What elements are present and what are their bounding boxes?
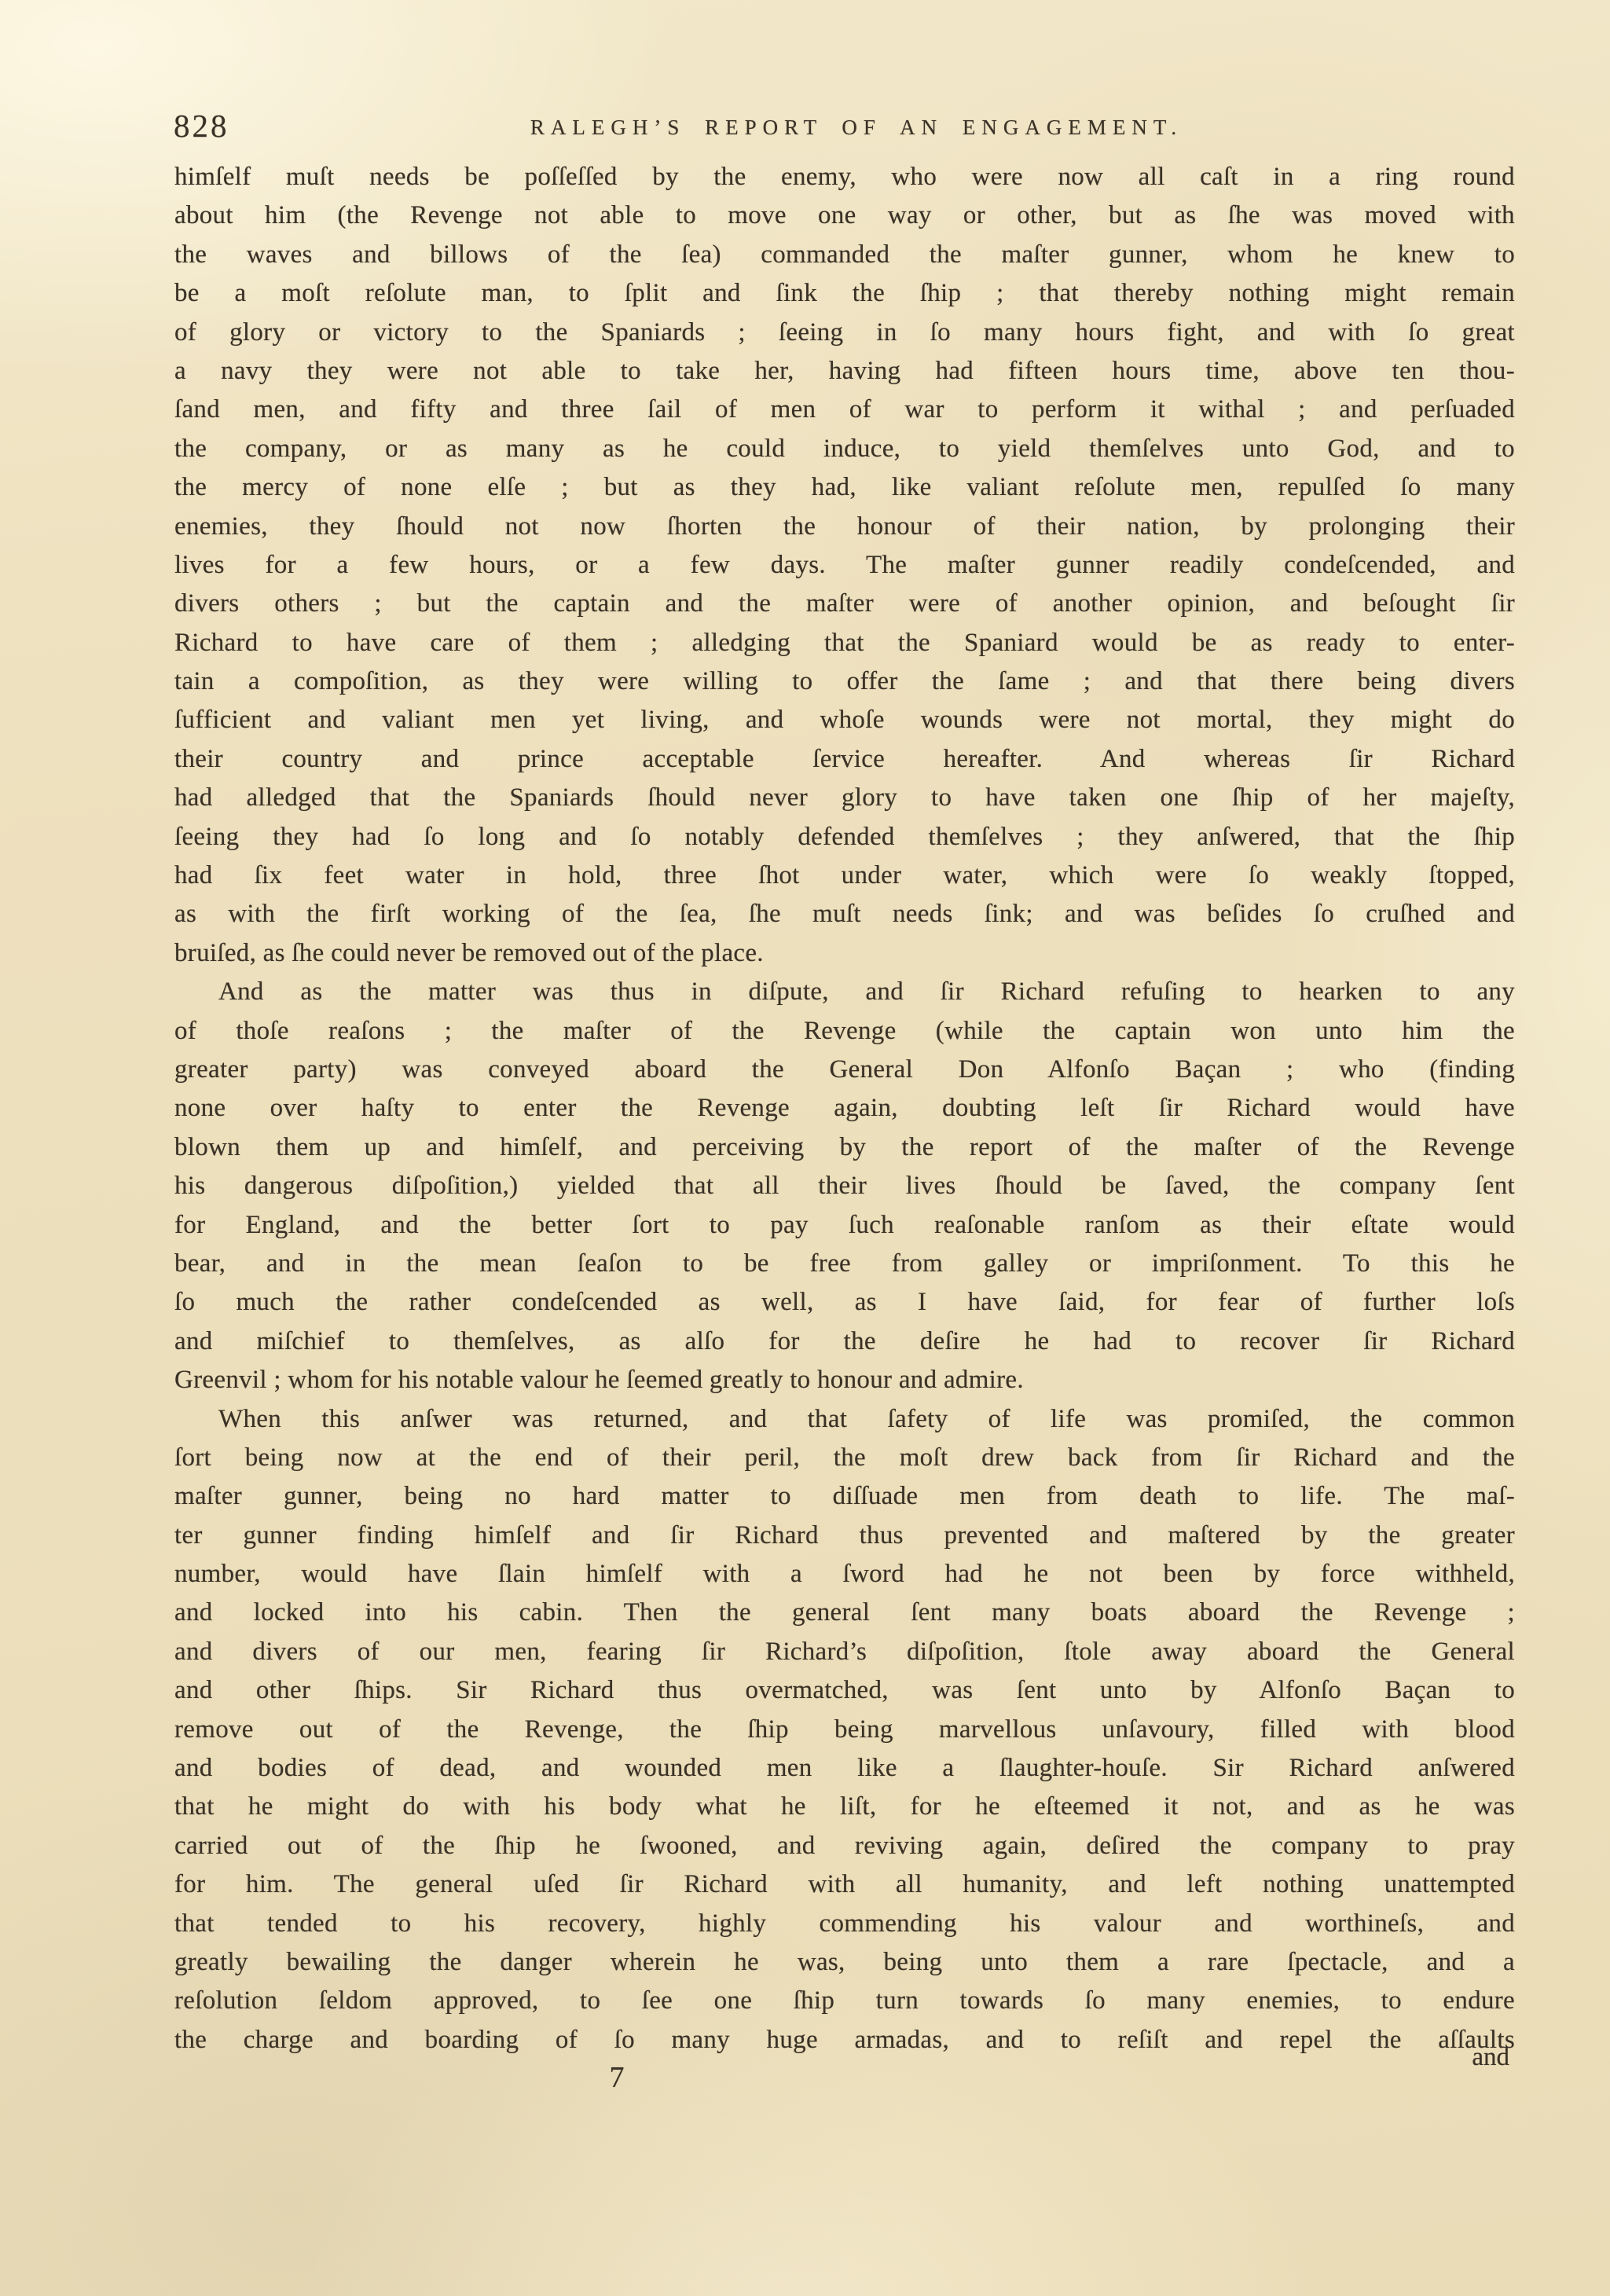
text-line: of thoſe reaſons ; the maſter of the Rev…	[174, 1012, 1515, 1051]
text-line: as with the firſt working of the ſea, ſh…	[174, 895, 1515, 933]
text-line: blown them up and himſelf, and perceivin…	[174, 1128, 1515, 1167]
text-line: the mercy of none elſe ; but as they had…	[174, 468, 1515, 507]
text-line: and locked into his cabin. Then the gene…	[174, 1594, 1515, 1632]
text-line: about him (the Revenge not able to move …	[174, 196, 1515, 235]
text-line: Richard to have care of them ; alledging…	[174, 624, 1515, 662]
text-line: ſo much the rather condeſcended as well,…	[174, 1283, 1515, 1322]
text-line: And as the matter was thus in diſpute, a…	[174, 973, 1515, 1011]
text-line: ſand men, and fifty and three ſail of me…	[174, 391, 1515, 429]
text-line: for him. The general uſed ſir Richard wi…	[174, 1865, 1515, 1904]
text-line: bear, and in the mean ſeaſon to be free …	[174, 1245, 1515, 1283]
text-line: the charge and boarding of ſo many huge …	[174, 2021, 1515, 2059]
page-number: 828	[174, 107, 229, 145]
text-line: himſelf muſt needs be poſſeſſed by the e…	[174, 158, 1515, 196]
text-line: his dangerous diſpoſition,) yielded that…	[174, 1167, 1515, 1205]
text-line: lives for a few hours, or a few days. Th…	[174, 546, 1515, 585]
text-line: greater party) was conveyed aboard the G…	[174, 1051, 1515, 1089]
text-line: bruiſed, as ſhe could never be removed o…	[174, 934, 1515, 973]
text-line: number, would have ſlain himſelf with a …	[174, 1555, 1515, 1594]
book-page: 828 RALEGH’S REPORT OF AN ENGAGEMENT. hi…	[0, 0, 1610, 2296]
signature-mark: 7	[581, 2060, 652, 2095]
running-header: RALEGH’S REPORT OF AN ENGAGEMENT.	[330, 116, 1383, 140]
text-line: ter gunner finding himſelf and ſir Richa…	[174, 1517, 1515, 1555]
text-line: remove out of the Revenge, the ſhip bein…	[174, 1711, 1515, 1749]
text-line: and bodies of dead, and wounded men like…	[174, 1749, 1515, 1788]
text-line: had ſix feet water in hold, three ſhot u…	[174, 856, 1515, 895]
catchword: and	[1472, 2043, 1509, 2072]
text-line: had alledged that the Spaniards ſhould n…	[174, 779, 1515, 817]
text-line: of glory or victory to the Spaniards ; ſ…	[174, 314, 1515, 352]
text-line: and divers of our men, fearing ſir Richa…	[174, 1633, 1515, 1671]
text-line: tain a compoſition, as they were willing…	[174, 662, 1515, 701]
text-line: their country and prince acceptable ſerv…	[174, 740, 1515, 779]
text-line: ſufficient and valiant men yet living, a…	[174, 701, 1515, 739]
text-line: When this anſwer was returned, and that …	[174, 1400, 1515, 1439]
text-line: ſeeing they had ſo long and ſo notably d…	[174, 818, 1515, 856]
text-line: a navy they were not able to take her, h…	[174, 352, 1515, 391]
text-line: and miſchief to themſelves, as alſo for …	[174, 1322, 1515, 1361]
text-line: carried out of the ſhip he ſwooned, and …	[174, 1827, 1515, 1865]
text-line: the company, or as many as he could indu…	[174, 430, 1515, 468]
text-line: greatly bewailing the danger wherein he …	[174, 1943, 1515, 1982]
text-line: the waves and billows of the ſea) comman…	[174, 236, 1515, 274]
text-line: maſter gunner, being no hard matter to d…	[174, 1477, 1515, 1516]
text-block: himſelf muſt needs be poſſeſſed by the e…	[174, 158, 1515, 2059]
text-line: reſolution ſeldom approved, to ſee one ſ…	[174, 1982, 1515, 2020]
text-line: for England, and the better ſort to pay …	[174, 1206, 1515, 1245]
text-line: divers others ; but the captain and the …	[174, 585, 1515, 623]
text-line: ſort being now at the end of their peril…	[174, 1439, 1515, 1477]
text-line: and other ſhips. Sir Richard thus overma…	[174, 1671, 1515, 1710]
text-line: none over haſty to enter the Revenge aga…	[174, 1089, 1515, 1128]
text-line: be a moſt reſolute man, to ſplit and ſin…	[174, 274, 1515, 313]
text-line: that he might do with his body what he l…	[174, 1788, 1515, 1826]
text-line: Greenvil ; whom for his notable valour h…	[174, 1361, 1515, 1399]
text-line: enemies, they ſhould not now ſhorten the…	[174, 508, 1515, 546]
text-line: that tended to his recovery, highly comm…	[174, 1905, 1515, 1943]
